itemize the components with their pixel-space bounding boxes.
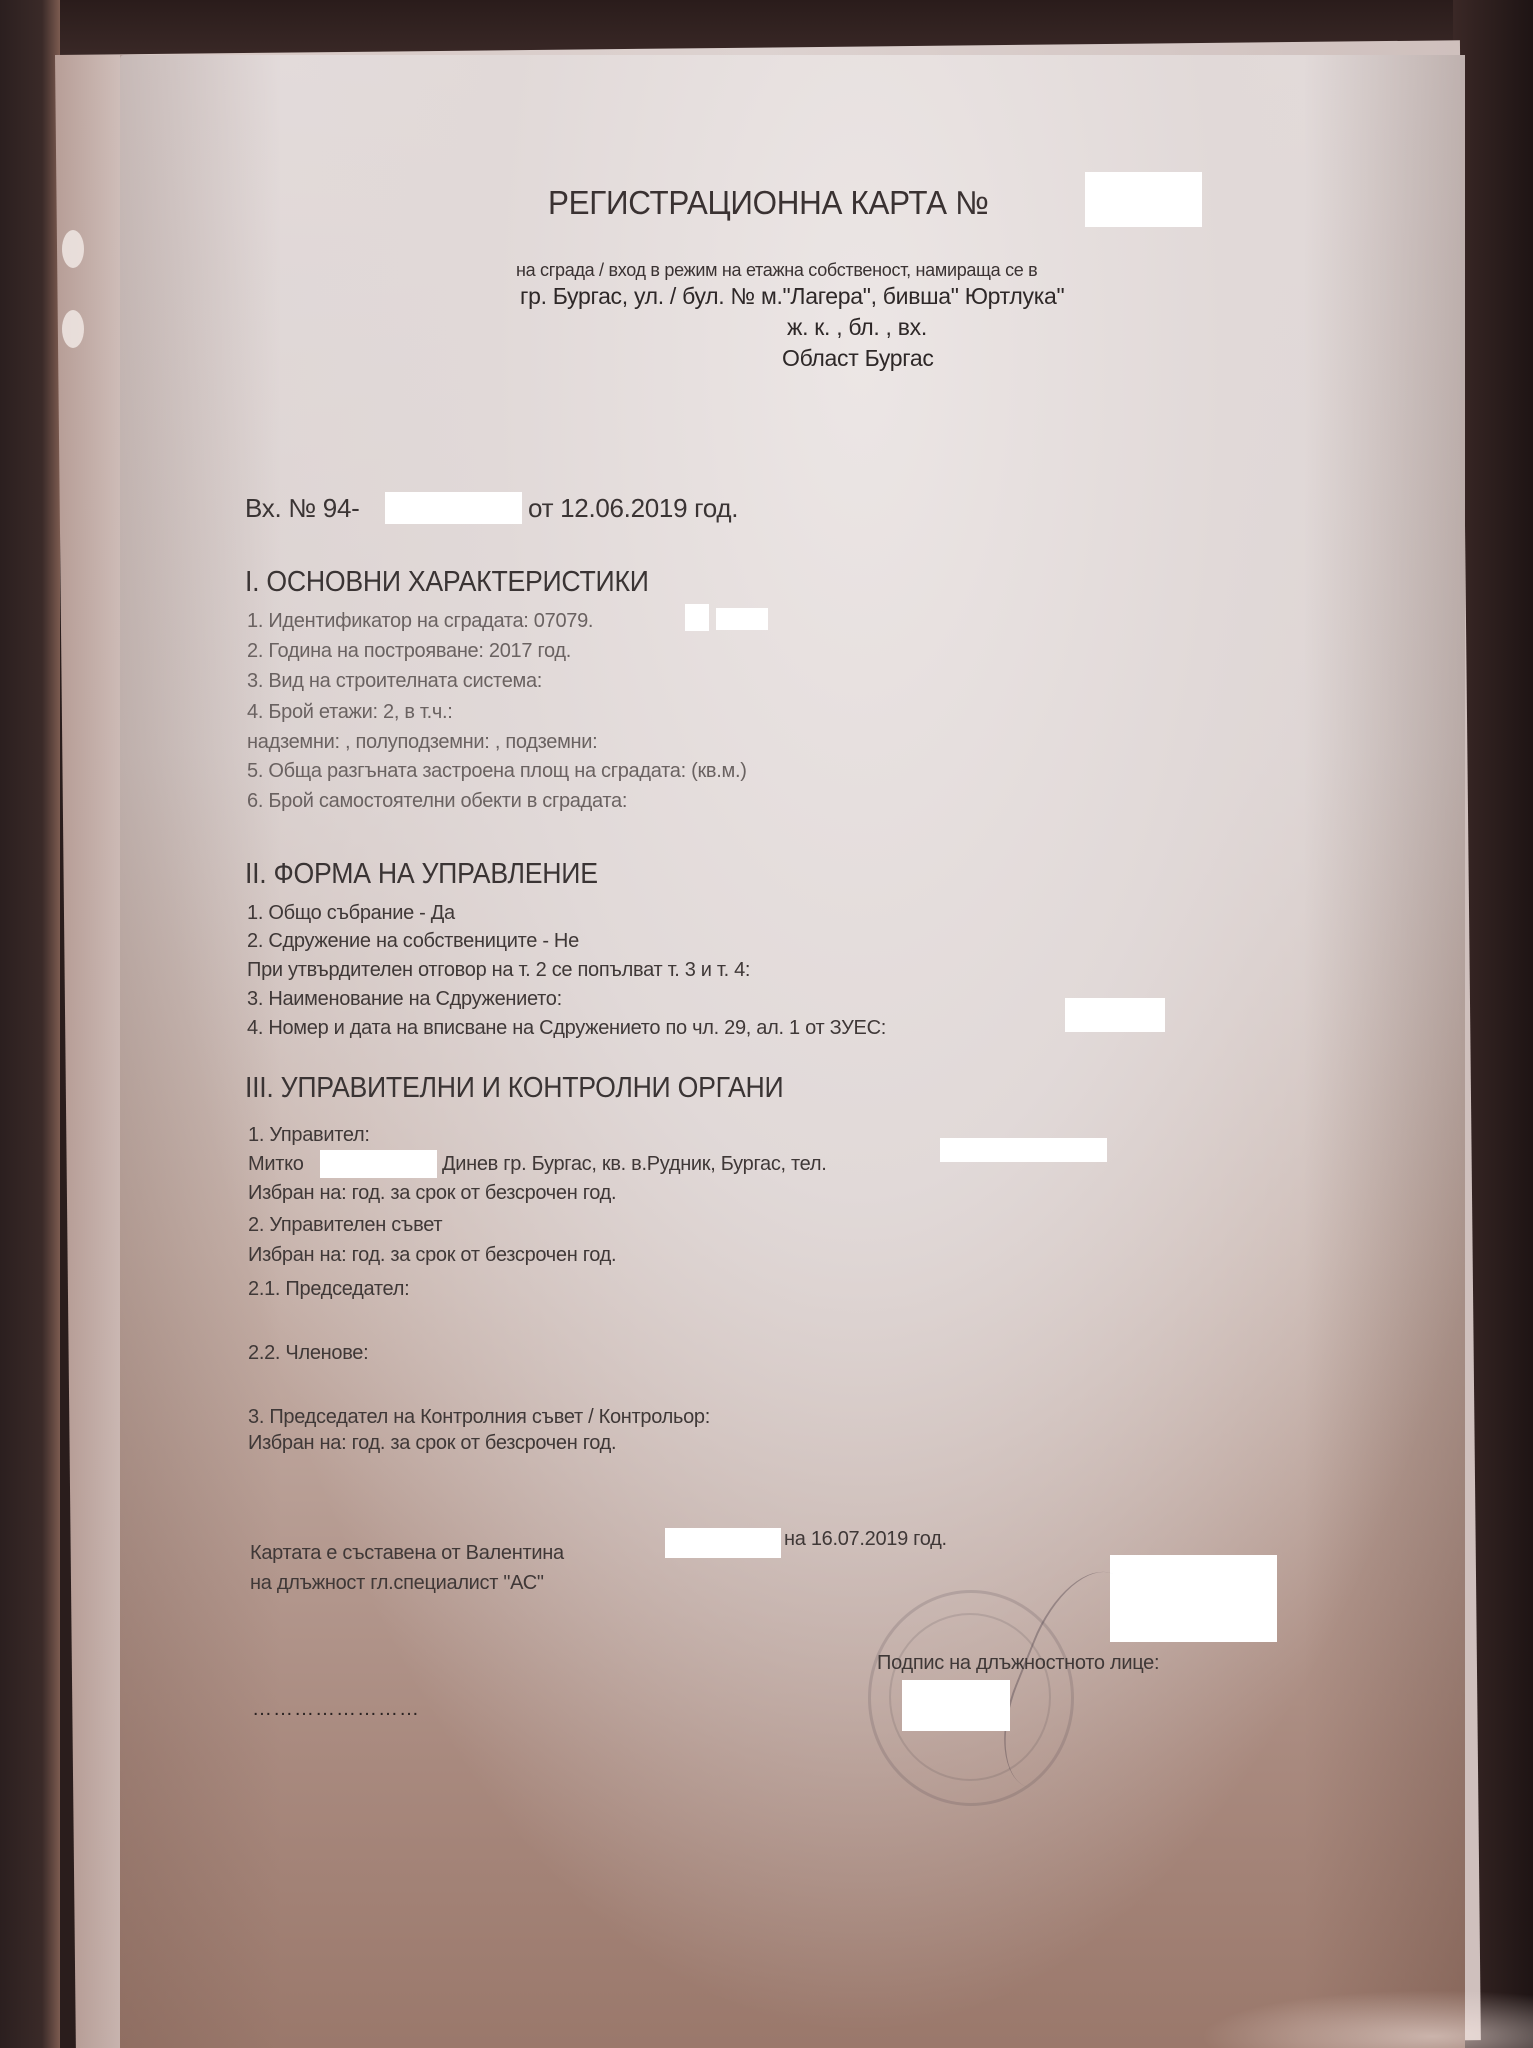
section-1-item: 5. Обща разгъната застроена площ на сгра… (247, 760, 747, 783)
light-glare (1200, 1990, 1533, 2048)
section-2-item: 3. Наименование на Сдружението: (247, 988, 562, 1011)
section-1-item: 1. Идентификатор на сградата: 07079. (247, 610, 593, 633)
redacted-id-part (685, 604, 709, 631)
redacted-signatory (902, 1680, 1010, 1731)
section-3-heading: III. УПРАВИТЕЛНИ И КОНТРОЛНИ ОРГАНИ (245, 1072, 783, 1105)
incoming-date: от 12.06.2019 год. (528, 493, 738, 524)
compiled-by: Картата е съставена от Валентина (250, 1542, 564, 1565)
manager-label: 1. Управител: (248, 1124, 370, 1147)
section-2-heading: II. ФОРМА НА УПРАВЛЕНИЕ (245, 858, 598, 891)
section-2-item: 2. Сдружение на собствениците - Не (247, 930, 579, 953)
section-1-item: 6. Брой самостоятелни обекти в сградата: (247, 790, 627, 813)
section-2-item: 4. Номер и дата на вписване на Сдружение… (247, 1017, 886, 1040)
redacted-registration-number (1065, 998, 1165, 1032)
manager-first-name: Митко (248, 1153, 304, 1176)
control-label: 3. Председател на Контролния съвет / Кон… (248, 1406, 710, 1429)
manager-elected: Избран на: год. за срок от безсрочен год… (248, 1182, 616, 1205)
chairman-label: 2.1. Председател: (248, 1278, 409, 1301)
redacted-phone (940, 1138, 1107, 1162)
document-title: РЕГИСТРАЦИОННА КАРТА № (548, 184, 989, 222)
section-1-item: 3. Вид на строителната система: (247, 670, 542, 693)
address-detail: ж. к. , бл. , вх. (787, 314, 927, 341)
document-subtitle: на сграда / вход в режим на етажна собст… (516, 260, 1037, 281)
incoming-number-prefix: Вх. № 94- (245, 493, 360, 524)
registration-card-document: РЕГИСТРАЦИОННА КАРТА № на сграда / вход … (0, 0, 1533, 2048)
redacted-card-number (1085, 172, 1202, 227)
redacted-manager-name (320, 1150, 437, 1178)
compiled-date: на 16.07.2019 год. (784, 1528, 947, 1551)
control-elected: Избран на: год. за срок от безсрочен год… (248, 1432, 616, 1455)
compiler-position: на длъжност гл.специалист "АС" (250, 1572, 544, 1595)
signature-dotted-line: …………………… (252, 1698, 420, 1721)
board-label: 2. Управителен съвет (248, 1214, 442, 1237)
manager-details: Динев гр. Бургас, кв. в.Рудник, Бургас, … (442, 1153, 826, 1176)
region: Област Бургас (782, 345, 934, 372)
board-elected: Избран на: год. за срок от безсрочен год… (248, 1244, 616, 1267)
section-2-item: 1. Общо събрание - Да (247, 902, 455, 925)
section-2-item: При утвърдителен отговор на т. 2 се попъ… (247, 959, 750, 982)
signature-label: Подпис на длъжностното лице: (877, 1652, 1159, 1675)
section-1-heading: I. ОСНОВНИ ХАРАКТЕРИСТИКИ (245, 566, 649, 599)
members-label: 2.2. Членове: (248, 1342, 368, 1365)
address-line: гр. Бургас, ул. / бул. № м."Лагера", бив… (520, 283, 1064, 310)
section-1-item: 2. Година на построяване: 2017 год. (247, 640, 571, 663)
section-1-item: 4. Брой етажи: 2, в т.ч.: (247, 701, 452, 724)
redacted-compiler-surname (665, 1528, 781, 1558)
redacted-incoming-number (385, 492, 522, 524)
redacted-id-part (716, 608, 768, 630)
section-1-item: надземни: , полуподземни: , подземни: (247, 731, 597, 754)
